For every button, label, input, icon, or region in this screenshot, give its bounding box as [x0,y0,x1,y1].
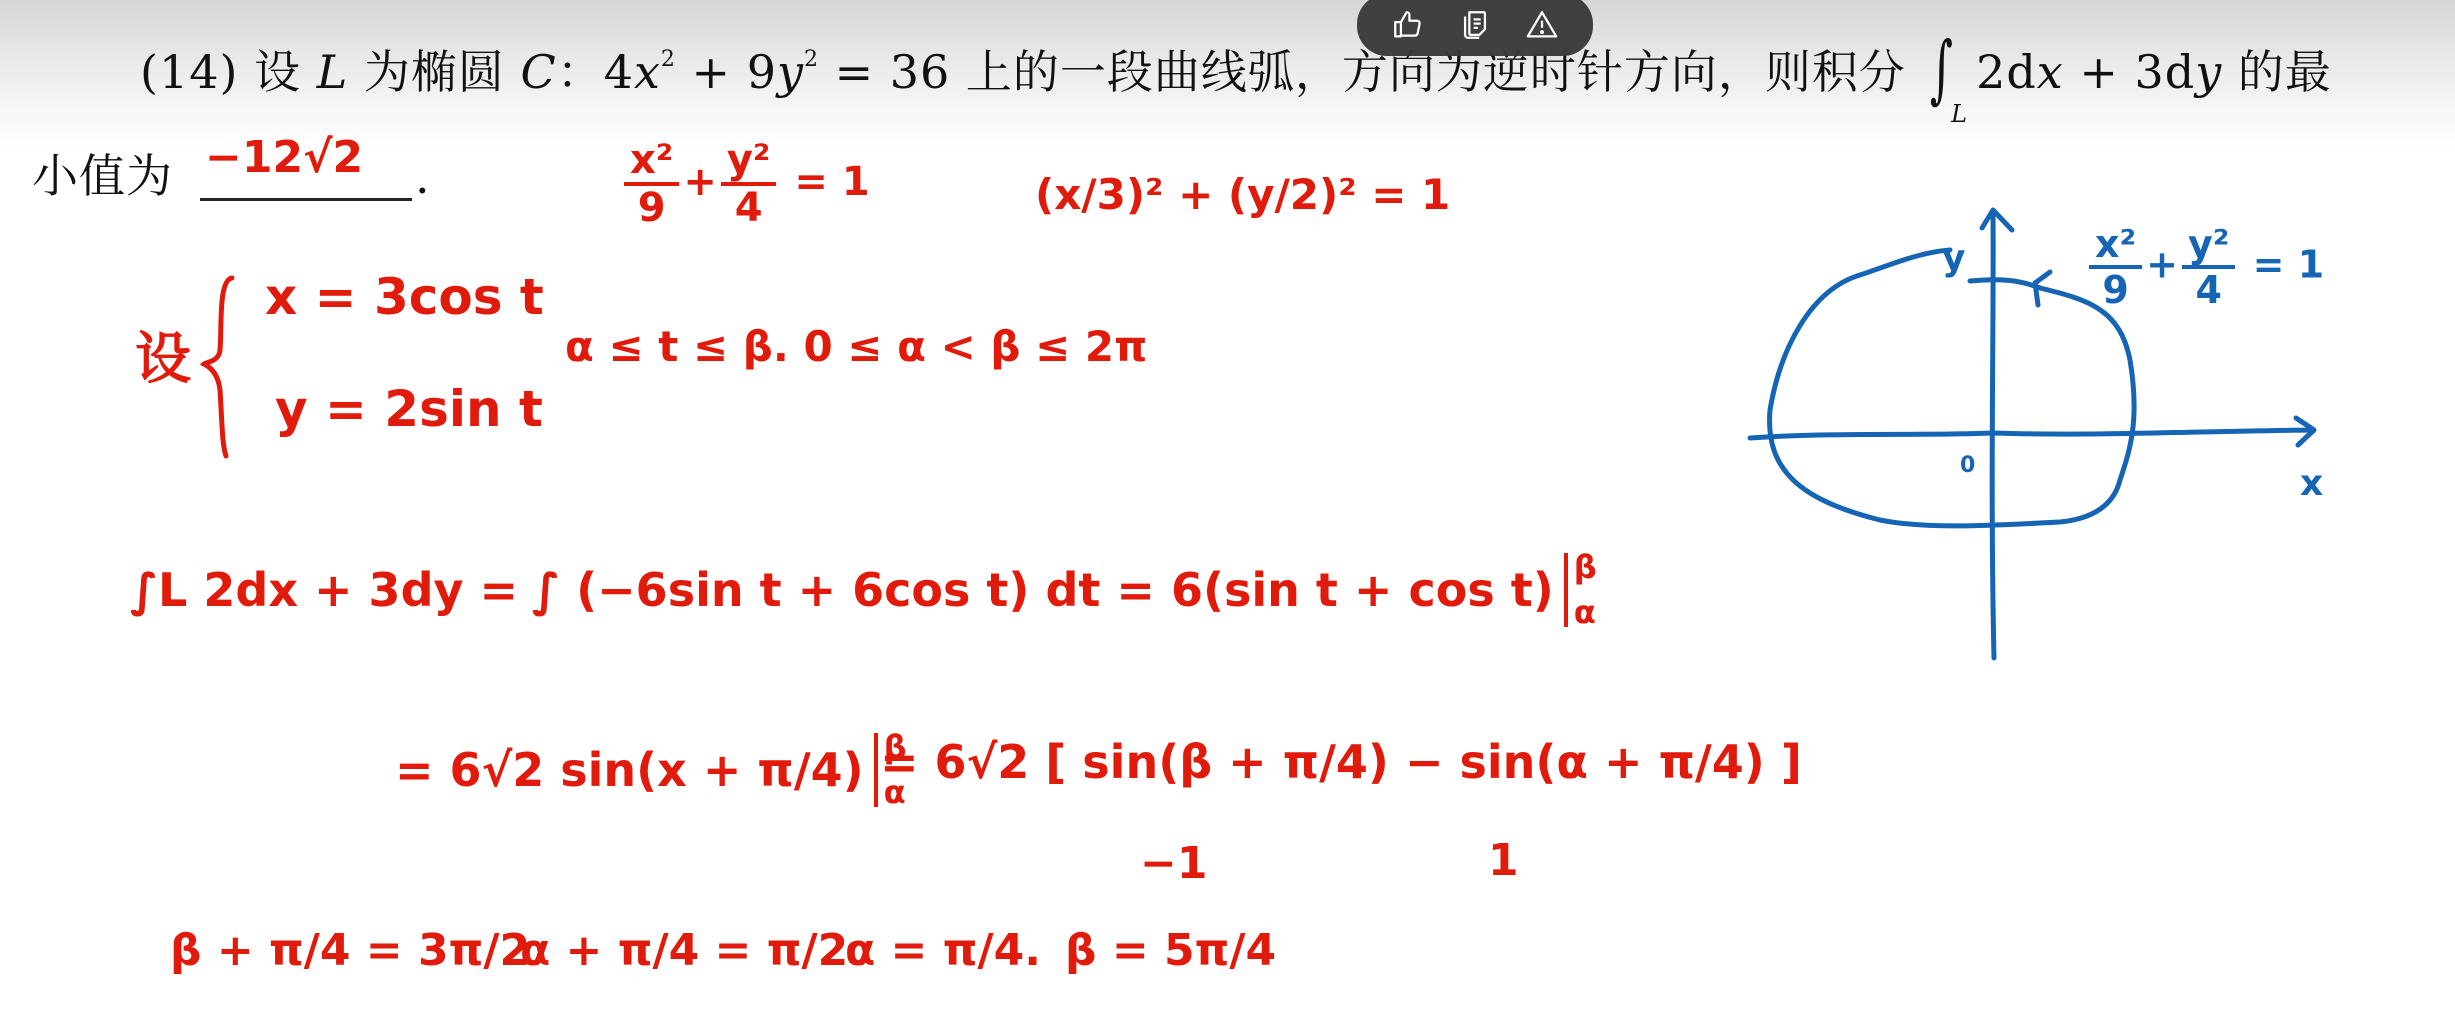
brace-icon [200,270,240,460]
y-axis-arrow-icon [1982,210,2012,230]
answer-period: . [415,150,430,204]
warning-icon [1525,8,1559,42]
ellipse-standard-form: x²9+y²4 = 1 [620,140,870,228]
alpha-value: α = π/4. [845,925,1041,976]
x-axis-label: x [2300,463,2323,504]
y-axis-label: y [1942,238,1965,279]
thumbs-up-icon [1391,8,1425,42]
problem-statement-line1: (14) 设 L 为椭圆 C：4x2 + 9y2 = 36 上的一段曲线弧，方向… [140,26,2332,102]
x-axis [1750,430,2310,438]
line-integral-step2a: = 6√2 sin(x + π/4) βα [395,725,907,815]
integral-symbol: ∫ [1929,32,1953,106]
copy-button[interactable] [1453,3,1497,47]
evaluation-bar [1564,553,1568,627]
alpha-equation: α + π/4 = π/2 [520,925,848,976]
ellipse-curve [1770,250,2135,526]
sin-alpha-value: 1 [1488,835,1519,886]
problem-statement-line2: 小值为 [32,140,173,206]
beta-value: β = 5π/4 [1065,925,1276,976]
param-x-equation: x = 3cos t [265,268,544,326]
thumbs-up-button[interactable] [1386,3,1430,47]
beta-equation: β + π/4 = 3π/2 [170,925,530,976]
ellipse-diagram: y x 0 [1720,180,2440,680]
feedback-toolbar [1357,0,1593,56]
copy-note-icon [1458,8,1492,42]
line-integral-step2b: = 6√2 [ sin(β + π/4) − sin(α + π/4) ] [880,735,1802,789]
origin-label: 0 [1960,453,1975,478]
parametrization-label: 设 [135,315,191,395]
report-button[interactable] [1520,3,1564,47]
answer-handwritten: −12√2 [205,132,363,183]
line-integral-step1: ∫L 2dx + 3dy = ∫ (−6sin t + 6cos t) dt =… [130,545,1597,635]
diagram-equation: x²9+y²4 = 1 [2085,225,2324,309]
param-range: α ≤ t ≤ β. 0 ≤ α < β ≤ 2π [565,322,1147,371]
ellipse-squared-form: (x/3)² + (y/2)² = 1 [1035,170,1450,219]
evaluation-bar [874,733,878,807]
param-y-equation: y = 2sin t [275,380,543,438]
problem-number: (14) [140,45,238,99]
sin-beta-value: −1 [1140,838,1207,889]
answer-blank-underline [200,198,412,201]
